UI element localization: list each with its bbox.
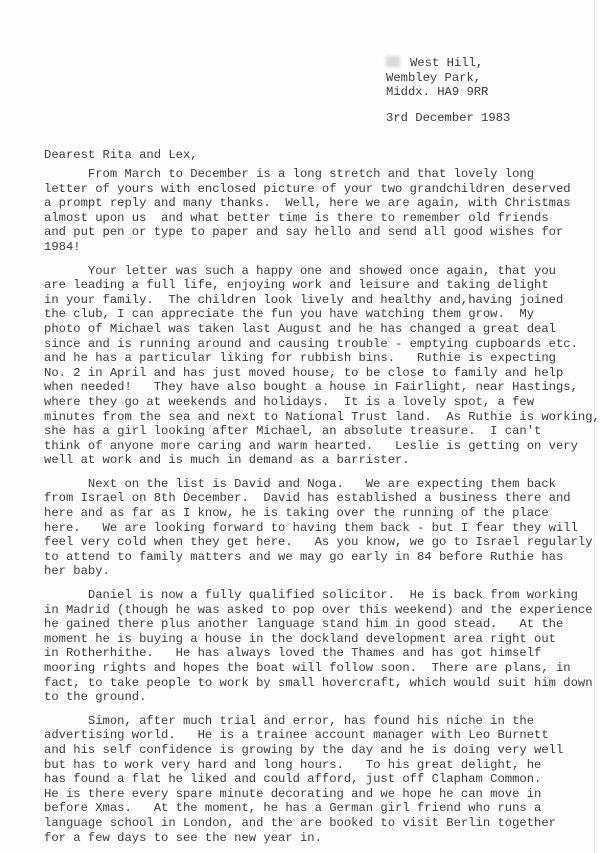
- paragraph: Daniel is now a fully qualified solicito…: [44, 588, 584, 705]
- text-line: for a few days to see the new year in.: [44, 831, 584, 846]
- text-line: to attend to family matters and we may g…: [44, 550, 584, 565]
- text-line: advertising world. He is a trainee accou…: [44, 728, 584, 743]
- text-line: Simon, after much trial and error, has f…: [44, 714, 584, 729]
- paragraph: Simon, after much trial and error, has f…: [44, 714, 584, 845]
- address-street: West Hill,: [410, 56, 483, 70]
- text-line: in Madrid (though he was asked to pop ov…: [44, 603, 584, 618]
- text-line: here. We are looking forward to having t…: [44, 521, 584, 536]
- text-line: where they go at weekends and holidays. …: [44, 395, 584, 410]
- text-line: her baby.: [44, 564, 584, 579]
- text-line: in Rotherhithe. He has always loved the …: [44, 646, 584, 661]
- text-line: photo of Michael was taken last August a…: [44, 322, 584, 337]
- text-line: the club, I can appreciate the fun you h…: [44, 307, 584, 322]
- text-line: from Israel on 8th December. David has e…: [44, 491, 584, 506]
- sender-address: West Hill, Wembley Park, Middx. HA9 9RR: [386, 56, 488, 100]
- text-line: feel very cold when they get here. As yo…: [44, 535, 584, 550]
- text-line: are leading a full life, enjoying work a…: [44, 278, 584, 293]
- address-area: Wembley Park,: [386, 71, 481, 85]
- page-edge: [594, 0, 595, 853]
- text-line: well at work and is much in demand as a …: [44, 453, 584, 468]
- text-line: before Xmas. At the moment, he has a Ger…: [44, 801, 584, 816]
- letter-page: West Hill, Wembley Park, Middx. HA9 9RR …: [0, 0, 600, 853]
- text-line: she has a girl looking after Michael, an…: [44, 424, 584, 439]
- text-line: From March to December is a long stretch…: [44, 167, 584, 182]
- text-line: and he has a particular liking for rubbi…: [44, 351, 584, 366]
- text-line: moment he is buying a house in the dockl…: [44, 632, 584, 647]
- text-line: fact, to take people to work by small ho…: [44, 676, 584, 691]
- text-line: No. 2 in April and has just moved house,…: [44, 366, 584, 381]
- text-line: but has to work very hard and long hours…: [44, 758, 584, 773]
- text-line: he gained there plus another language st…: [44, 617, 584, 632]
- text-line: Next on the list is David and Noga. We a…: [44, 477, 584, 492]
- text-line: 1984!: [44, 240, 584, 255]
- paragraph: From March to December is a long stretch…: [44, 167, 584, 255]
- text-line: a prompt reply and many thanks. Well, he…: [44, 196, 584, 211]
- text-line: think of anyone more caring and warm hea…: [44, 439, 584, 454]
- text-line: almost upon us and what better time is t…: [44, 211, 584, 226]
- address-postcode: Middx. HA9 9RR: [386, 85, 488, 99]
- text-line: and his self confidence is growing by th…: [44, 743, 584, 758]
- text-line: and put pen or type to paper and say hel…: [44, 225, 584, 240]
- text-line: He is there every spare minute decoratin…: [44, 787, 584, 802]
- text-line: letter of yours with enclosed picture of…: [44, 182, 584, 197]
- text-line: to the ground.: [44, 690, 584, 705]
- text-line: when needed! They have also bought a hou…: [44, 380, 584, 395]
- paragraph: Your letter was such a happy one and sho…: [44, 264, 584, 468]
- text-line: Daniel is now a fully qualified solicito…: [44, 588, 584, 603]
- letter-date: 3rd December 1983: [386, 111, 510, 125]
- salutation: Dearest Rita and Lex,: [44, 148, 198, 162]
- text-line: in your family. The children look lively…: [44, 293, 584, 308]
- text-line: since and is running around and causing …: [44, 337, 584, 352]
- text-line: minutes from the sea and next to Nationa…: [44, 410, 584, 425]
- letter-body: From March to December is a long stretch…: [44, 167, 584, 853]
- text-line: has found a flat he liked and could affo…: [44, 772, 584, 787]
- text-line: mooring rights and hopes the boat will f…: [44, 661, 584, 676]
- text-line: Your letter was such a happy one and sho…: [44, 264, 584, 279]
- redacted-house-number: [386, 56, 400, 67]
- paragraph: Next on the list is David and Noga. We a…: [44, 477, 584, 579]
- text-line: language school in London, and the are b…: [44, 816, 584, 831]
- text-line: here and as far as I know, he is taking …: [44, 506, 584, 521]
